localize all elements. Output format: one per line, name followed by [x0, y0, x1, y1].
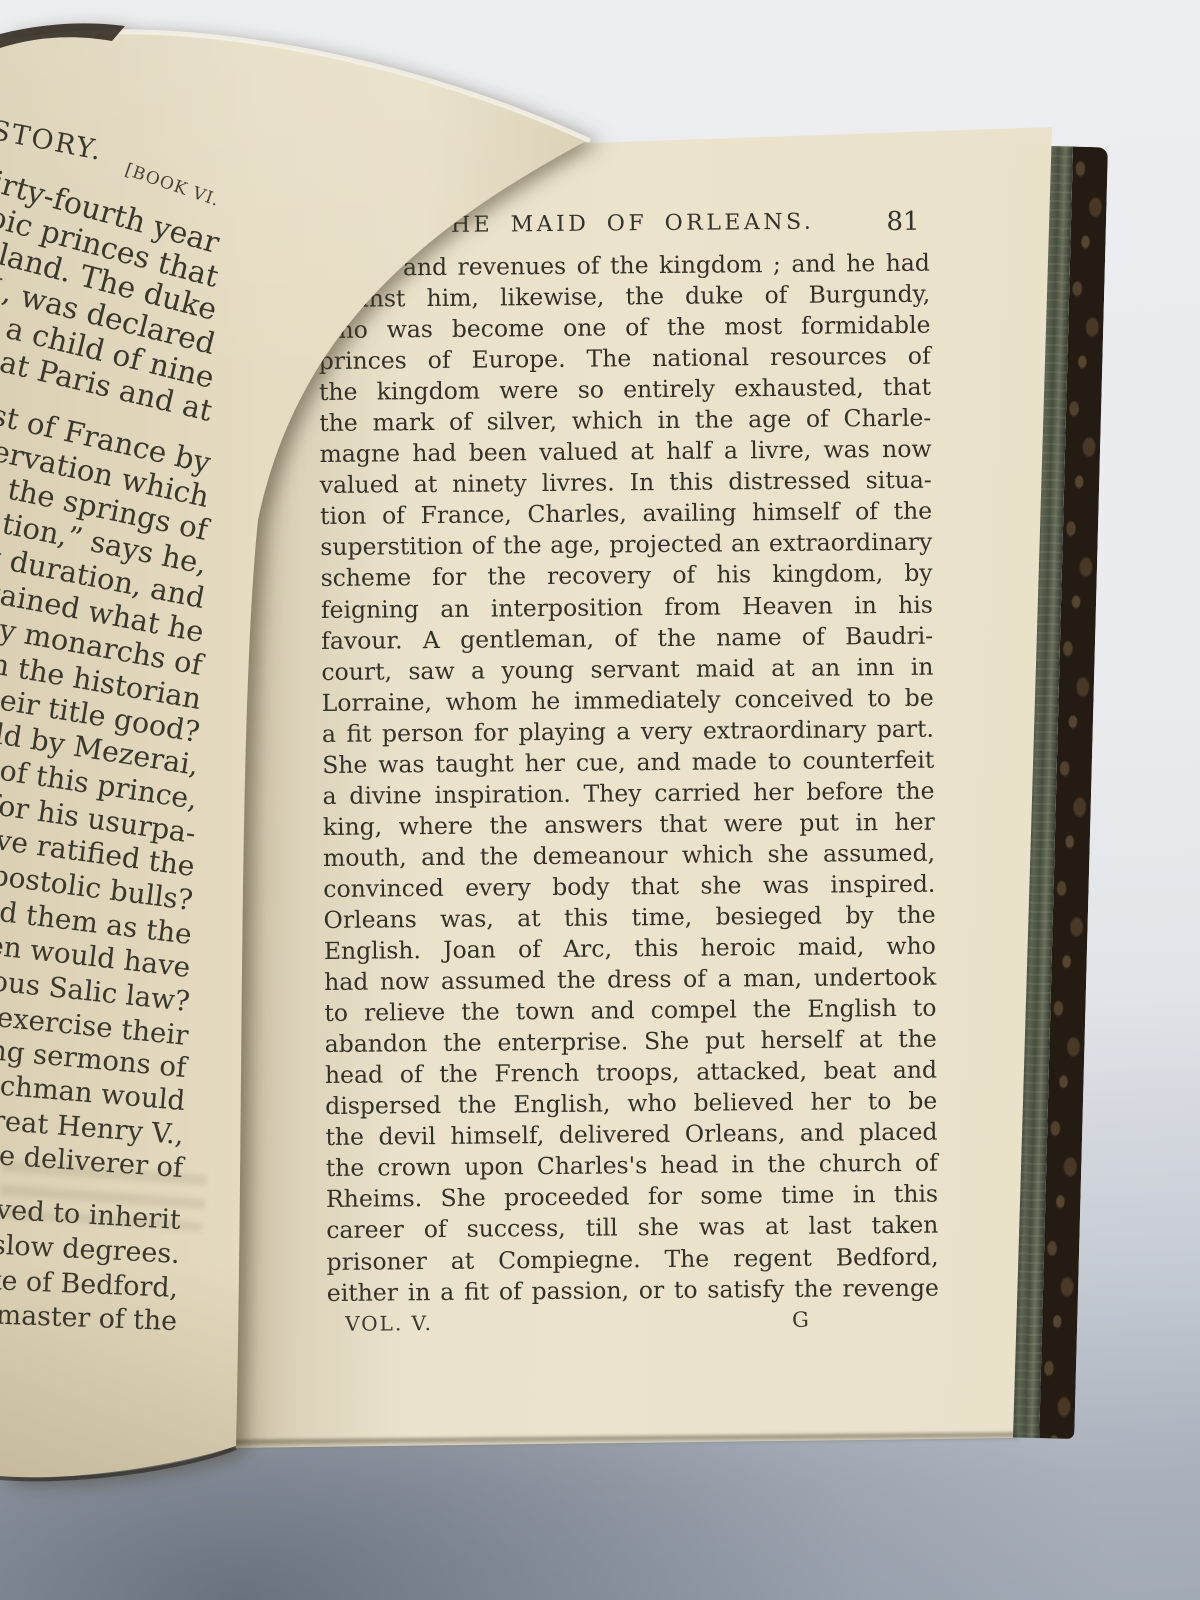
left-running-title-fragment: ISTORY. [0, 113, 106, 167]
left-page-text-fragment: s master of the [0, 1299, 177, 1337]
left-page-text: ISTORY. [BOOK VI. he thirty-fourth yeart… [0, 0, 1200, 1600]
photo-stage: CH. XIII.] THE MAID OF ORLEANS. 81 power… [0, 0, 1200, 1600]
left-page-text-fragment: duke of Bedford, [0, 1263, 179, 1304]
